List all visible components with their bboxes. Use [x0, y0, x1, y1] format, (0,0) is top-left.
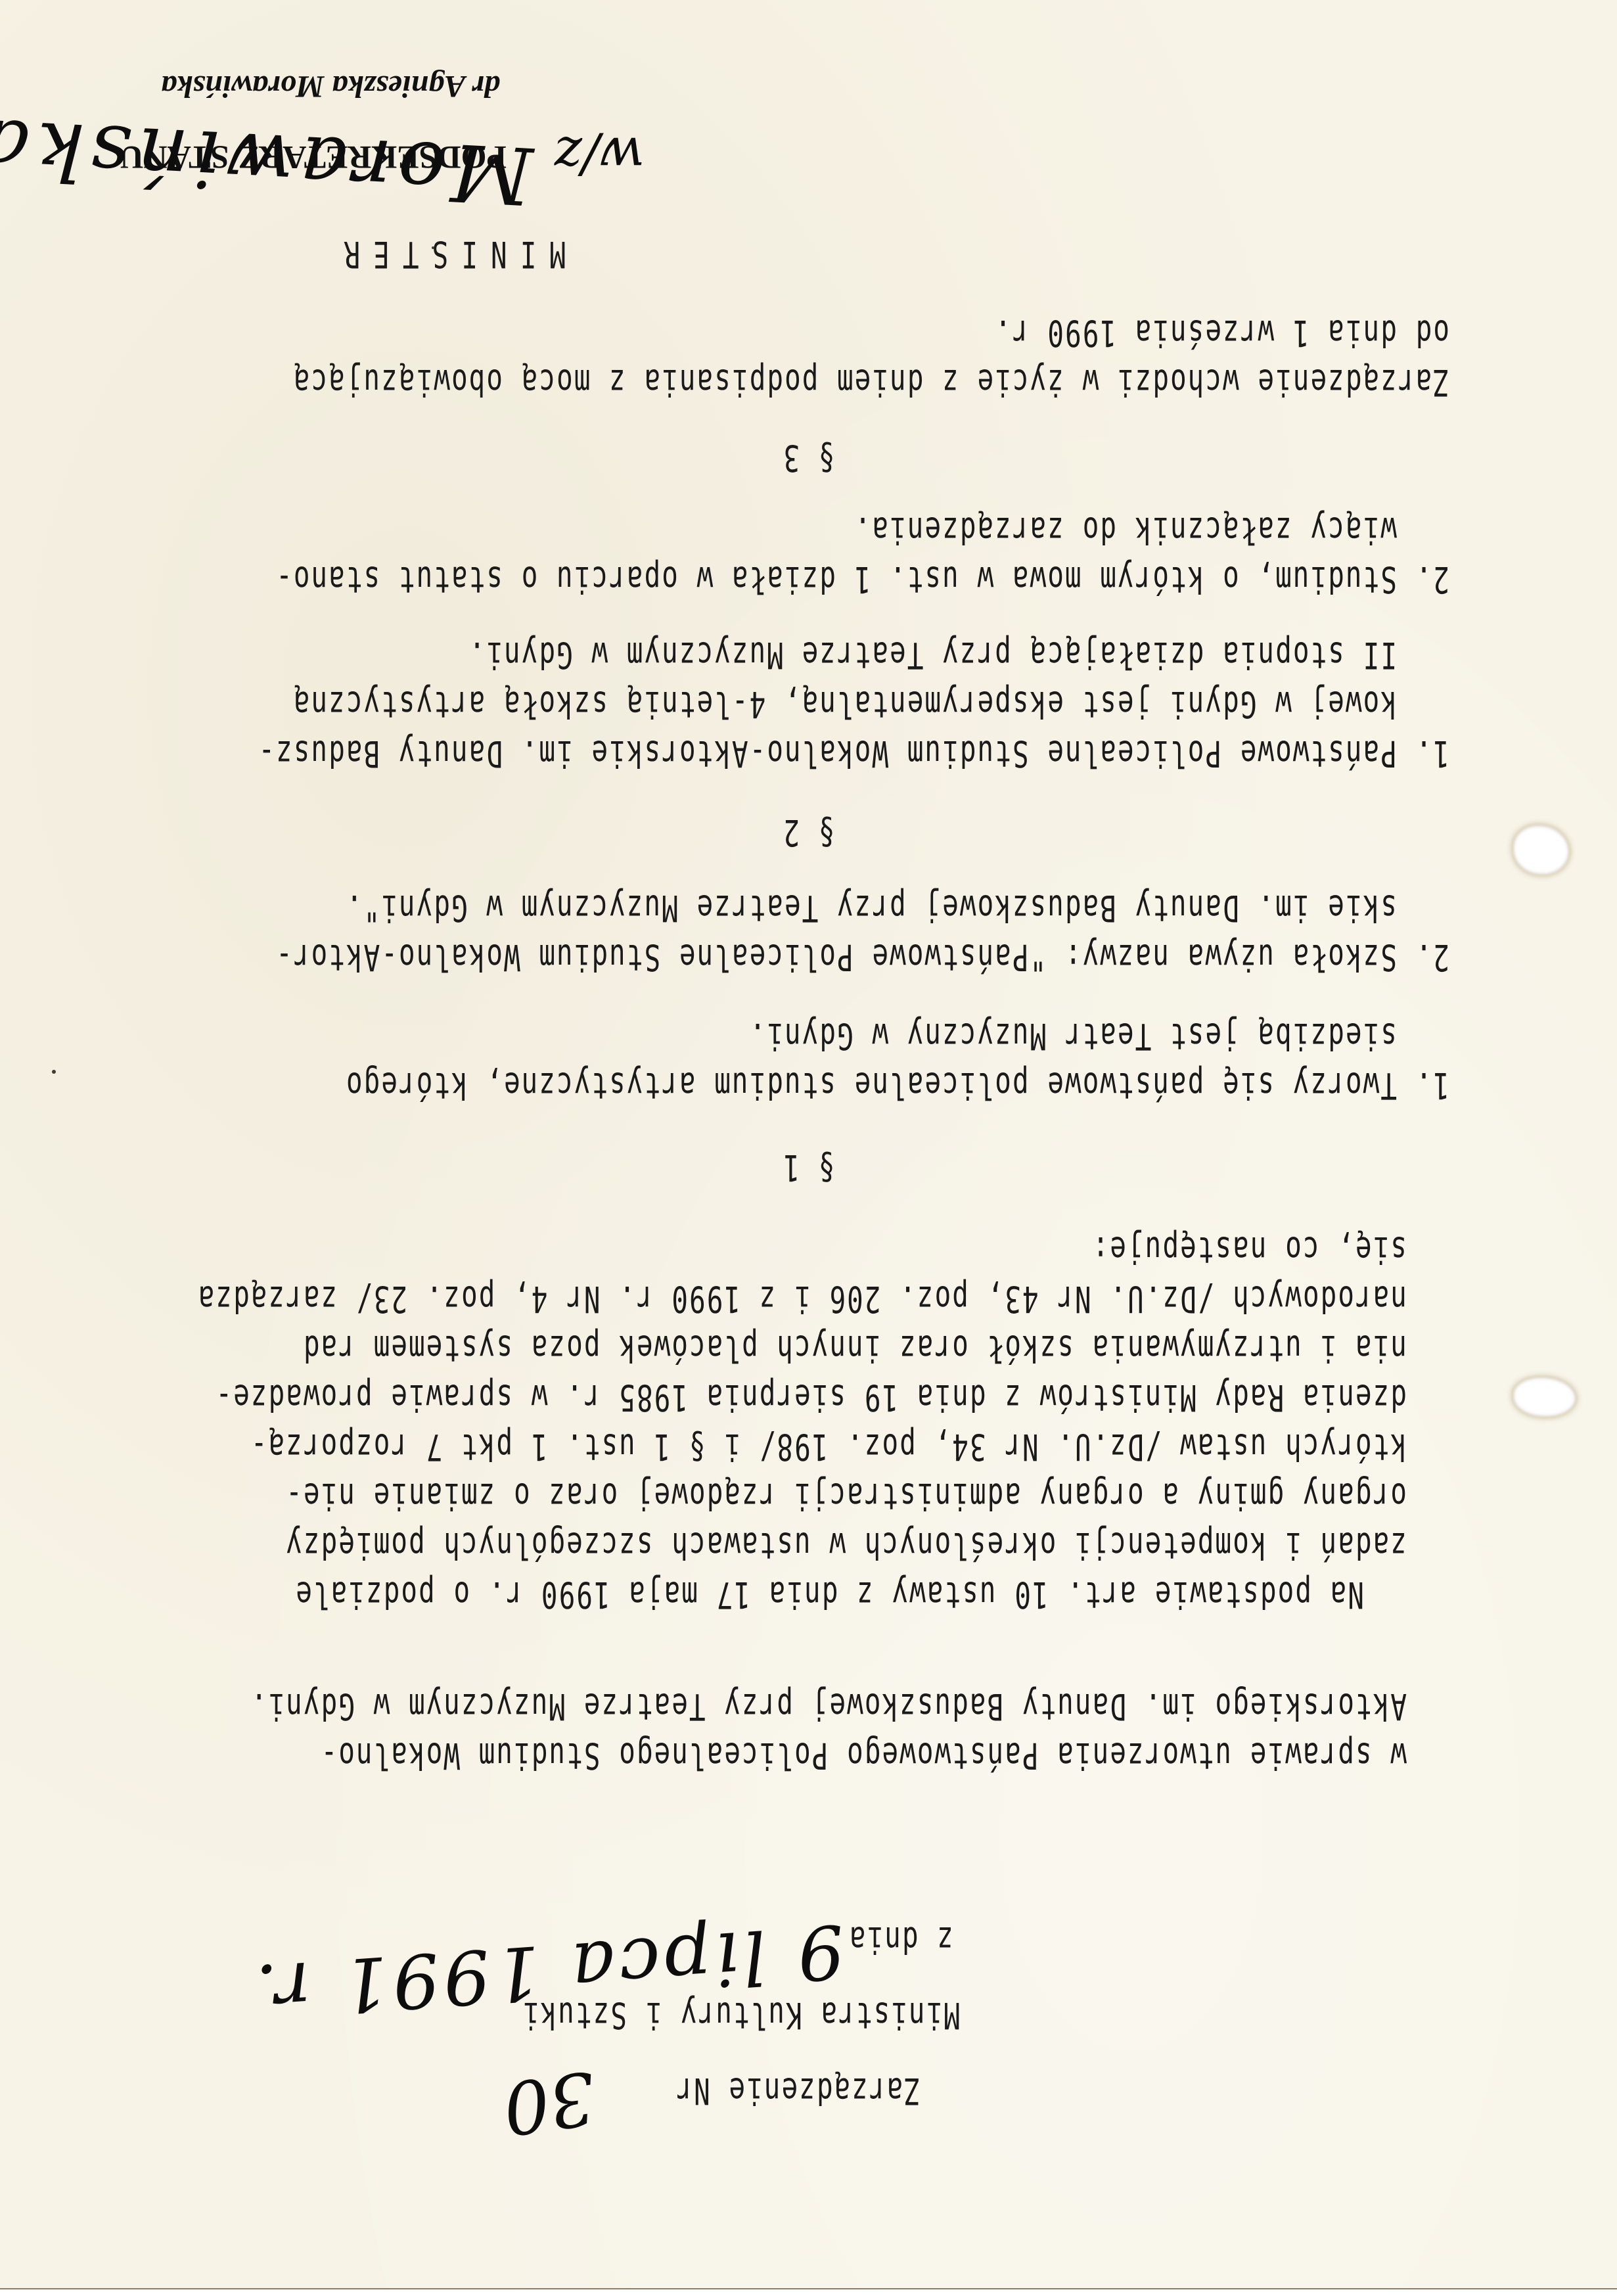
- section-3-text-line: Zarządzenie wchodzi w życie z dniem podp…: [292, 364, 1449, 400]
- section-2-point-2-line: 2. Studium, o którym mowa w ust. 1 dział…: [275, 561, 1449, 597]
- section-1-heading: § 1: [0, 1149, 1617, 1185]
- signature-prefix-handwritten: w/z: [554, 126, 645, 187]
- stamp-name: dr Agnieszka Morawińska: [161, 68, 500, 104]
- section-2-point-2-line: wiący załącznik do zarządzenia.: [854, 512, 1449, 548]
- preamble-line: których ustaw /Dz.U. Nr 34, poz. 198/ i …: [250, 1429, 1407, 1465]
- section-2-point-1-line: II stopnia działającą przy Teatrze Muzyc…: [468, 637, 1449, 673]
- preamble-line: organy gminy a organy administracji rząd…: [285, 1478, 1407, 1514]
- section-1-point-2-line: 2. Szkoła używa nazwy: "Państwowe Police…: [275, 939, 1449, 975]
- section-2-heading: § 2: [0, 814, 1617, 850]
- subject-line-2: Aktorskiego im. Danuty Baduszkowej przy …: [250, 1688, 1407, 1724]
- handwritten-signature: Morawińska: [0, 101, 535, 221]
- section-2-point-1-line: kowej w Gdyni jest eksperymentalną, 4-le…: [292, 686, 1449, 722]
- date-label: z dnia: [848, 1921, 953, 1958]
- preamble-line: nia i utrzymywania szkół oraz innych pla…: [302, 1330, 1407, 1366]
- scanned-document-page: Zarządzenie Nr 30 Ministra Kultury i Szt…: [0, 0, 1617, 2296]
- preamble-line: dzenia Rady Ministrów z dnia 19 sierpnia…: [214, 1379, 1407, 1415]
- paper-speck: [52, 1070, 56, 1074]
- preamble-line: się, co następuje:: [1091, 1231, 1407, 1268]
- preamble-line: Na podstawie art. 10 ustawy z dnia 17 ma…: [294, 1576, 1364, 1613]
- section-3-text-line: od dnia 1 września 1990 r.: [993, 315, 1449, 351]
- section-1-point-2-line: skie im. Danuty Baduszkowej przy Teatrze…: [345, 890, 1449, 926]
- section-1-point-1-line: siedzibą jest Teatr Muzyczny w Gdyni.: [748, 1018, 1449, 1054]
- decree-title-label: Zarządzenie Nr: [675, 2073, 921, 2109]
- section-3-heading: § 3: [0, 440, 1617, 476]
- minister-title: MINISTER: [331, 236, 566, 272]
- paper-edge: [0, 2288, 1617, 2296]
- preamble-line: narodowych /Dz.U. Nr 43, poz. 206 i z 19…: [197, 1281, 1407, 1317]
- subject-line-1: w sprawie utworzenia Państwowego Policea…: [320, 1737, 1407, 1774]
- section-1-point-1-line: 1. Tworzy się państwowe policealne studi…: [345, 1067, 1449, 1103]
- decree-number-handwritten: 30: [498, 2055, 601, 2151]
- punch-hole-upper: [1511, 1375, 1578, 1419]
- section-2-point-1-line: 1. Państwowe Policealne Studium Wokalno-…: [257, 735, 1449, 771]
- preamble-line: zadań i kompetencji określonych w ustawa…: [285, 1527, 1407, 1563]
- paper-speck: [432, 246, 434, 249]
